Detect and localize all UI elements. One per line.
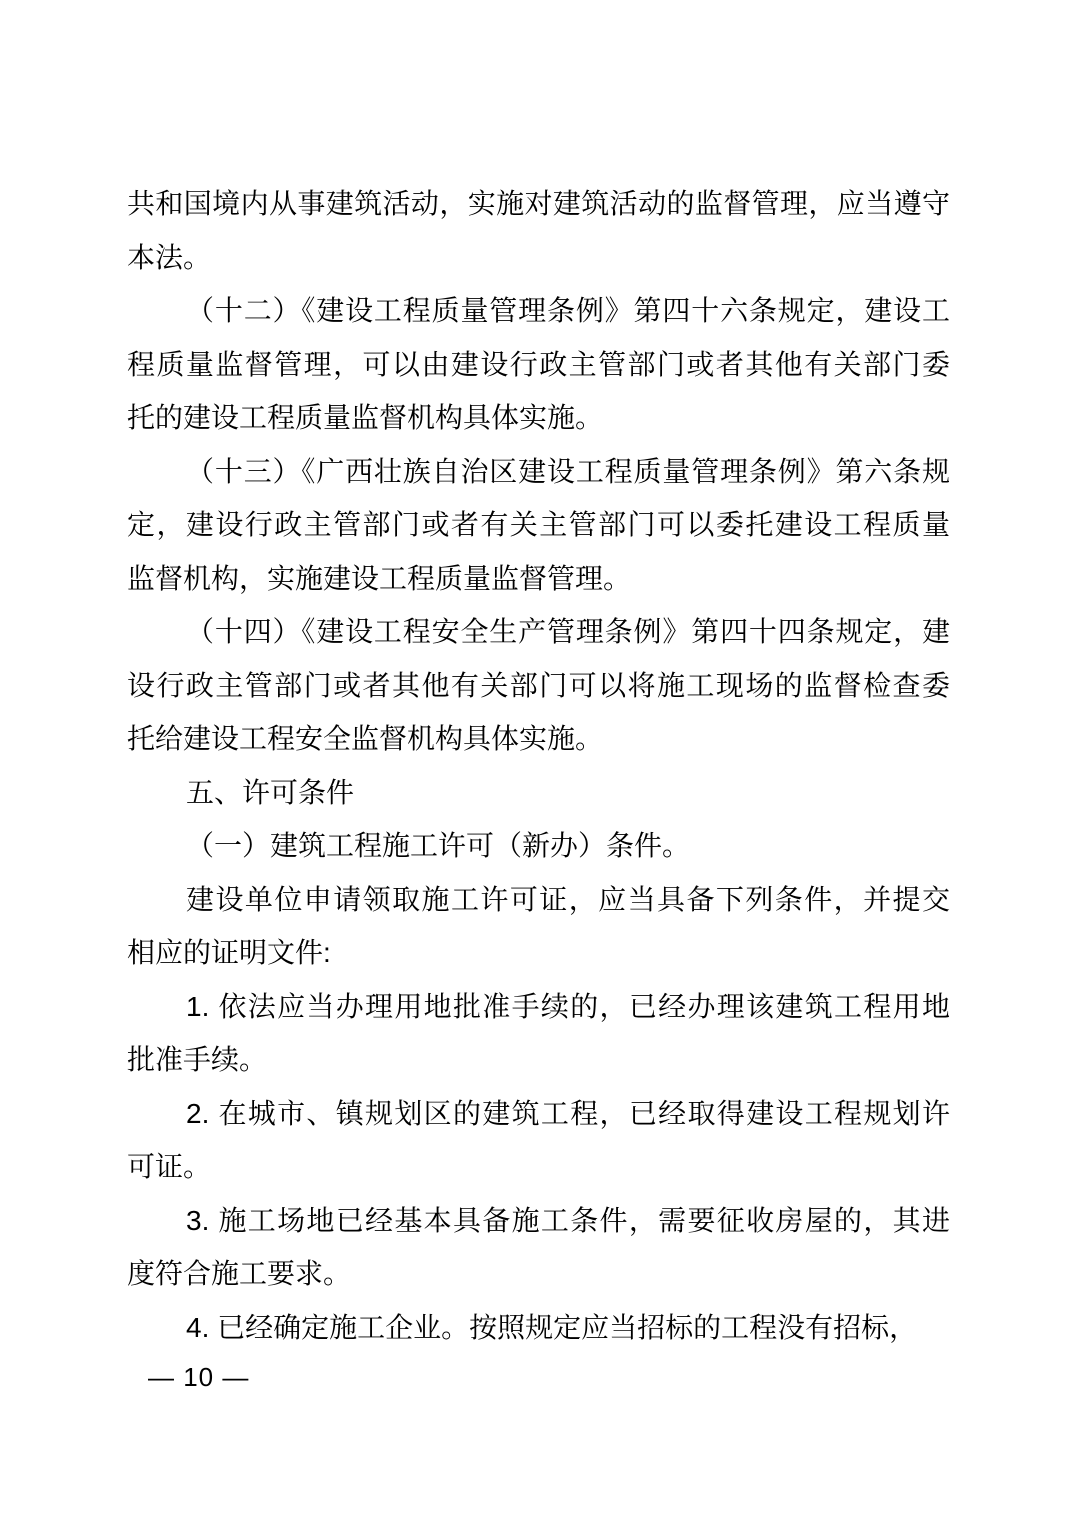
text-line: 3. 施工场地已经基本具备施工条件，需要征收房屋的，其进 — [127, 1194, 950, 1248]
text-line: （十三）《广西壮族自治区建设工程质量管理条例》第六条规 — [127, 445, 950, 499]
text-line: 监督机构，实施建设工程质量监督管理。 — [127, 552, 950, 606]
text-line: 可证。 — [127, 1140, 950, 1194]
text-line: 程质量监督管理，可以由建设行政主管部门或者其他有关部门委 — [127, 338, 950, 392]
text-line: 1. 依法应当办理用地批准手续的，已经办理该建筑工程用地 — [127, 980, 950, 1034]
text-line: 4. 已经确定施工企业。按照规定应当招标的工程没有招标， — [127, 1301, 950, 1355]
text-line: 定，建设行政主管部门或者有关主管部门可以委托建设工程质量 — [127, 498, 950, 552]
text-line: 托的建设工程质量监督机构具体实施。 — [127, 391, 950, 445]
text-line: 相应的证明文件: — [127, 926, 950, 980]
text-line: 托给建设工程安全监督机构具体实施。 — [127, 712, 950, 766]
text-line: 批准手续。 — [127, 1033, 950, 1087]
document-body: 共和国境内从事建筑活动，实施对建筑活动的监督管理，应当遵守本法。（十二）《建设工… — [127, 177, 950, 1354]
text-line: 五、许可条件 — [127, 766, 950, 820]
text-line: （十四）《建设工程安全生产管理条例》第四十四条规定，建 — [127, 605, 950, 659]
text-line: 度符合施工要求。 — [127, 1247, 950, 1301]
text-line: 共和国境内从事建筑活动，实施对建筑活动的监督管理，应当遵守 — [127, 177, 950, 231]
text-line: 建设单位申请领取施工许可证，应当具备下列条件，并提交 — [127, 873, 950, 927]
text-line: 2. 在城市、镇规划区的建筑工程，已经取得建设工程规划许 — [127, 1087, 950, 1141]
text-line: （十二）《建设工程质量管理条例》第四十六条规定，建设工 — [127, 284, 950, 338]
page-number: — 10 — — [148, 1362, 249, 1392]
text-line: 设行政主管部门或者其他有关部门可以将施工现场的监督检查委 — [127, 659, 950, 713]
text-line: （一）建筑工程施工许可（新办）条件。 — [127, 819, 950, 873]
text-line: 本法。 — [127, 231, 950, 285]
document-page: 共和国境内从事建筑活动，实施对建筑活动的监督管理，应当遵守本法。（十二）《建设工… — [0, 0, 1074, 1520]
